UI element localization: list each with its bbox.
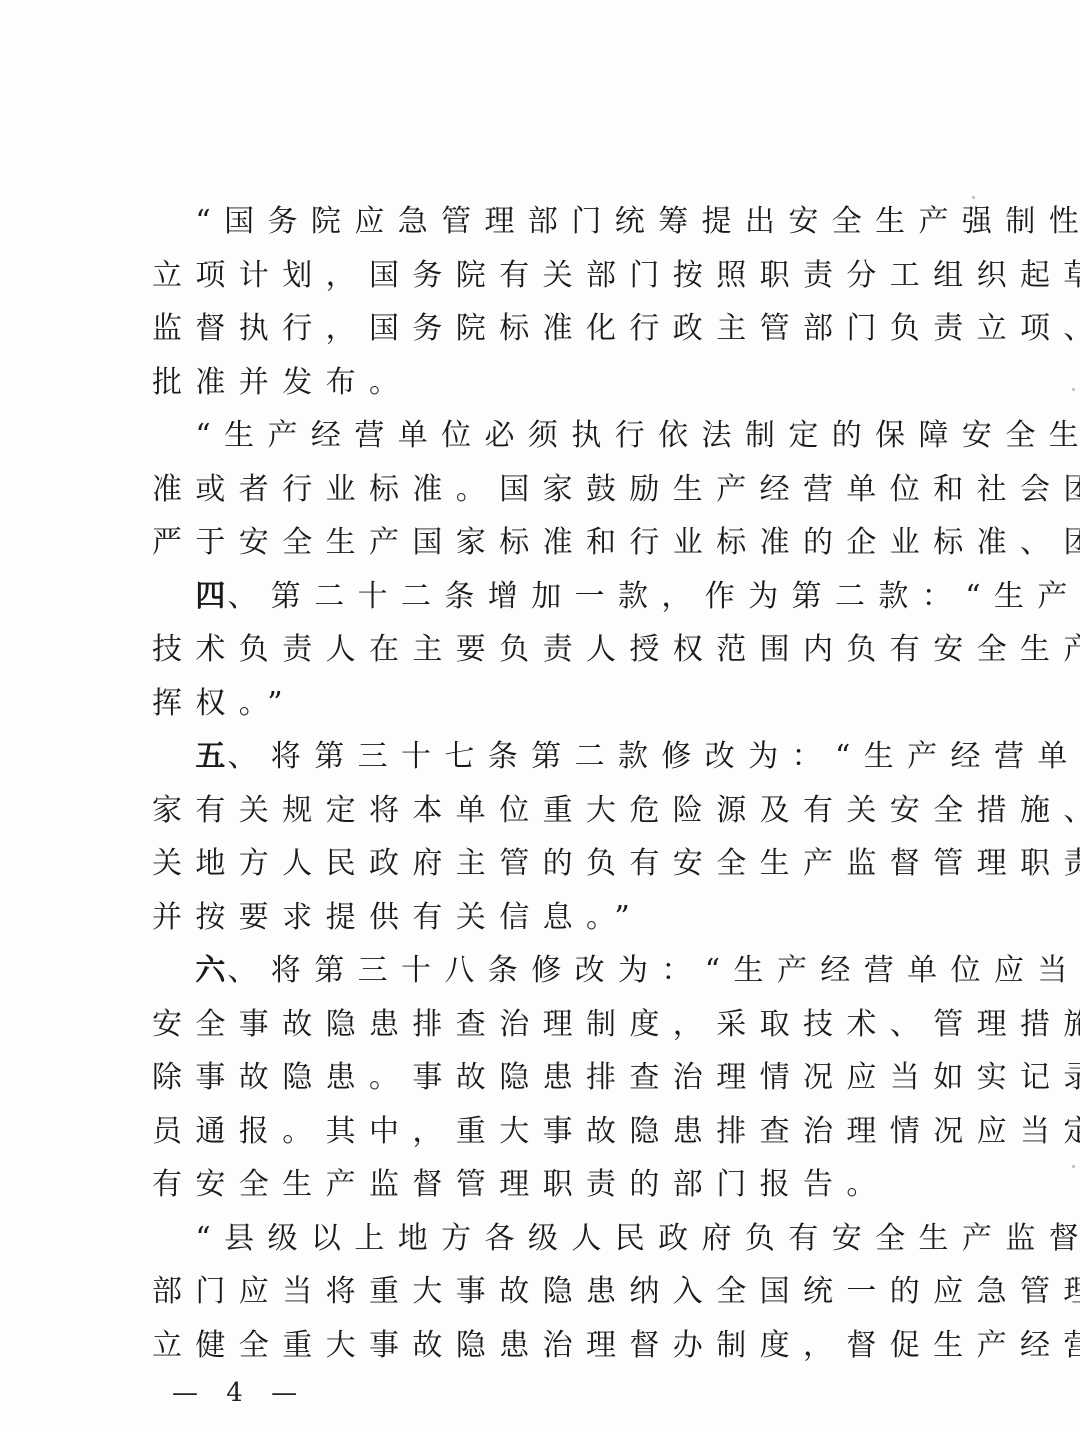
text-line: 关地方人民政府主管的负有安全生产监督管理职责的部门备案， <box>152 837 942 891</box>
text-line: 立健全重大事故隐患治理督办制度，督促生产经营单位消除重大 <box>152 1319 942 1373</box>
text-line: 员通报。其中，重大事故隐患排查治理情况应当定期向主管的负 <box>152 1105 942 1159</box>
paragraph-standards-plan: “国务院应急管理部门统筹提出安全生产强制性国家标准的 立项计划，国务院有关部门按… <box>152 195 942 409</box>
page-number: — 4 — <box>172 1378 307 1408</box>
amendment-text: 、将第三十七条第二款修改为：“生产经营单位应当按照国 <box>227 739 1080 774</box>
text-line: 并按要求提供有关信息。” <box>152 891 942 945</box>
amendment-number: 五 <box>195 739 227 774</box>
scan-artifact <box>1072 1165 1075 1168</box>
document-body: “国务院应急管理部门统筹提出安全生产强制性国家标准的 立项计划，国务院有关部门按… <box>152 195 942 1372</box>
text-line: 五、将第三十七条第二款修改为：“生产经营单位应当按照国 <box>152 730 942 784</box>
text-line: 四、第二十二条增加一款，作为第二款：“生产经营单位的主要 <box>152 570 942 624</box>
text-line: 挥权。” <box>152 677 942 731</box>
scan-artifact <box>972 196 975 199</box>
paragraph-amendment-4: 四、第二十二条增加一款，作为第二款：“生产经营单位的主要 技术负责人在主要负责人… <box>152 570 942 731</box>
paragraph-amendment-6: 六、将第三十八条修改为：“生产经营单位应当建立健全生产 安全事故隐患排查治理制度… <box>152 944 942 1212</box>
paragraph-amendment-5: 五、将第三十七条第二款修改为：“生产经营单位应当按照国 家有关规定将本单位重大危… <box>152 730 942 944</box>
paragraph-standards-compliance: “生产经营单位必须执行依法制定的保障安全生产的国家标 准或者行业标准。国家鼓励生… <box>152 409 942 570</box>
text-line: 立项计划，国务院有关部门按照职责分工组织起草、审查、实施和 <box>152 249 942 303</box>
amendment-number: 六 <box>195 953 227 988</box>
amendment-text: 、将第三十八条修改为：“生产经营单位应当建立健全生产 <box>227 953 1080 988</box>
text-line: “国务院应急管理部门统筹提出安全生产强制性国家标准的 <box>152 195 942 249</box>
amendment-number: 四 <box>195 579 227 614</box>
text-line: 除事故隐患。事故隐患排查治理情况应当如实记录，并向从业人 <box>152 1051 942 1105</box>
text-line: “生产经营单位必须执行依法制定的保障安全生产的国家标 <box>152 409 942 463</box>
text-line: 批准并发布。 <box>152 356 942 410</box>
text-line: 技术负责人在主要负责人授权范围内负有安全生产技术决策和指 <box>152 623 942 677</box>
text-line: 家有关规定将本单位重大危险源及有关安全措施、应急措施报有 <box>152 784 942 838</box>
text-line: 安全事故隐患排查治理制度，采取技术、管理措施，及时发现并消 <box>152 998 942 1052</box>
paragraph-hazard-system: “县级以上地方各级人民政府负有安全生产监督管理职责的 部门应当将重大事故隐患纳入… <box>152 1212 942 1373</box>
text-line: 严于安全生产国家标准和行业标准的企业标准、团体标准。” <box>152 516 942 570</box>
text-line: 有安全生产监督管理职责的部门报告。 <box>152 1158 942 1212</box>
amendment-text: 、第二十二条增加一款，作为第二款：“生产经营单位的主要 <box>227 579 1080 614</box>
text-line: 六、将第三十八条修改为：“生产经营单位应当建立健全生产 <box>152 944 942 998</box>
text-line: 准或者行业标准。国家鼓励生产经营单位和社会团体制定并实施 <box>152 463 942 517</box>
document-page: “国务院应急管理部门统筹提出安全生产强制性国家标准的 立项计划，国务院有关部门按… <box>0 0 1080 1430</box>
text-line: 部门应当将重大事故隐患纳入全国统一的应急管理信息系统，建 <box>152 1265 942 1319</box>
text-line: “县级以上地方各级人民政府负有安全生产监督管理职责的 <box>152 1212 942 1266</box>
text-line: 监督执行，国务院标准化行政主管部门负责立项、编号、对外通报、 <box>152 302 942 356</box>
scan-artifact <box>1072 388 1075 391</box>
